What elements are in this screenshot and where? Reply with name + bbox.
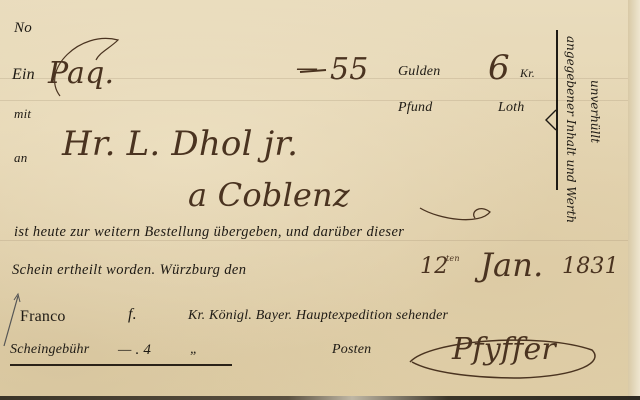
ink-flourishes: [0, 0, 640, 400]
